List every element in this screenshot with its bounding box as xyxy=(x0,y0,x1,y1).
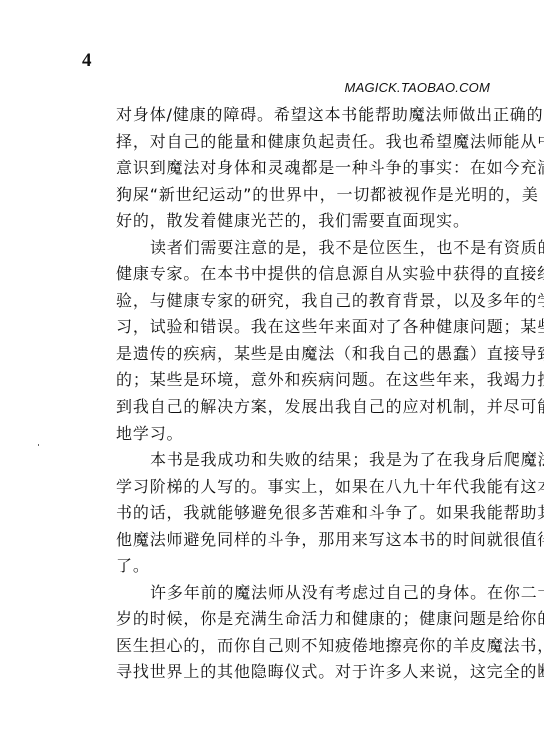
text-line: 狗屎“新世纪运动”的世界中，一切都被视作是光明的，美 xyxy=(116,182,494,209)
text-line: 对身体/健康的障碍。希望这本书能帮助魔法师做出正确的选 xyxy=(116,102,494,129)
text-line: 他魔法师避免同样的斗争，那用来写这本书的时间就很值得 xyxy=(116,527,494,554)
text-line: 岁的时候，你是充满生命活力和健康的；健康问题是给你的 xyxy=(116,606,494,633)
text-line: 的；某些是环境，意外和疾病问题。在这些年来，我竭力找 xyxy=(116,367,494,394)
body-text: 对身体/健康的障碍。希望这本书能帮助魔法师做出正确的选 择，对自己的能量和健康负… xyxy=(116,102,494,686)
text-line: 本书是我成功和失败的结果；我是为了在我身后爬魔法 xyxy=(116,447,494,474)
text-line: 读者们需要注意的是，我不是位医生，也不是有资质的 xyxy=(116,235,494,262)
page-number: 4 xyxy=(82,50,92,72)
margin-mark xyxy=(38,444,39,446)
text-line: 意识到魔法对身体和灵魂都是一种斗争的事实：在如今充满 xyxy=(116,155,494,182)
text-line: 寻找世界上的其他隐晦仪式。对于许多人来说，这完全的断 xyxy=(116,659,494,686)
text-line: 习，试验和错误。我在这些年来面对了各种健康问题；某些 xyxy=(116,314,494,341)
text-line: 医生担心的，而你自己则不知疲倦地擦亮你的羊皮魔法书， xyxy=(116,633,494,660)
text-line: 书的话，我就能够避免很多苦难和斗争了。如果我能帮助其 xyxy=(116,500,494,527)
text-line: 好的，散发着健康光芒的，我们需要直面现实。 xyxy=(116,208,494,235)
text-line: 地学习。 xyxy=(116,421,494,448)
text-line: 健康专家。在本书中提供的信息源自从实验中获得的直接经 xyxy=(116,261,494,288)
text-line: 验，与健康专家的研究，我自己的教育背景，以及多年的学 xyxy=(116,288,494,315)
text-line: 了。 xyxy=(116,553,494,580)
text-line: 择，对自己的能量和健康负起责任。我也希望魔法师能从中 xyxy=(116,129,494,156)
text-line: 学习阶梯的人写的。事实上，如果在八九十年代我能有这本 xyxy=(116,474,494,501)
text-line: 是遗传的疾病，某些是由魔法（和我自己的愚蠢）直接导致 xyxy=(116,341,494,368)
watermark: MAGICK.TAOBAO.COM xyxy=(345,80,490,95)
text-line: 许多年前的魔法师从没有考虑过自己的身体。在你二十 xyxy=(116,580,494,607)
text-line: 到我自己的解决方案，发展出我自己的应对机制，并尽可能 xyxy=(116,394,494,421)
